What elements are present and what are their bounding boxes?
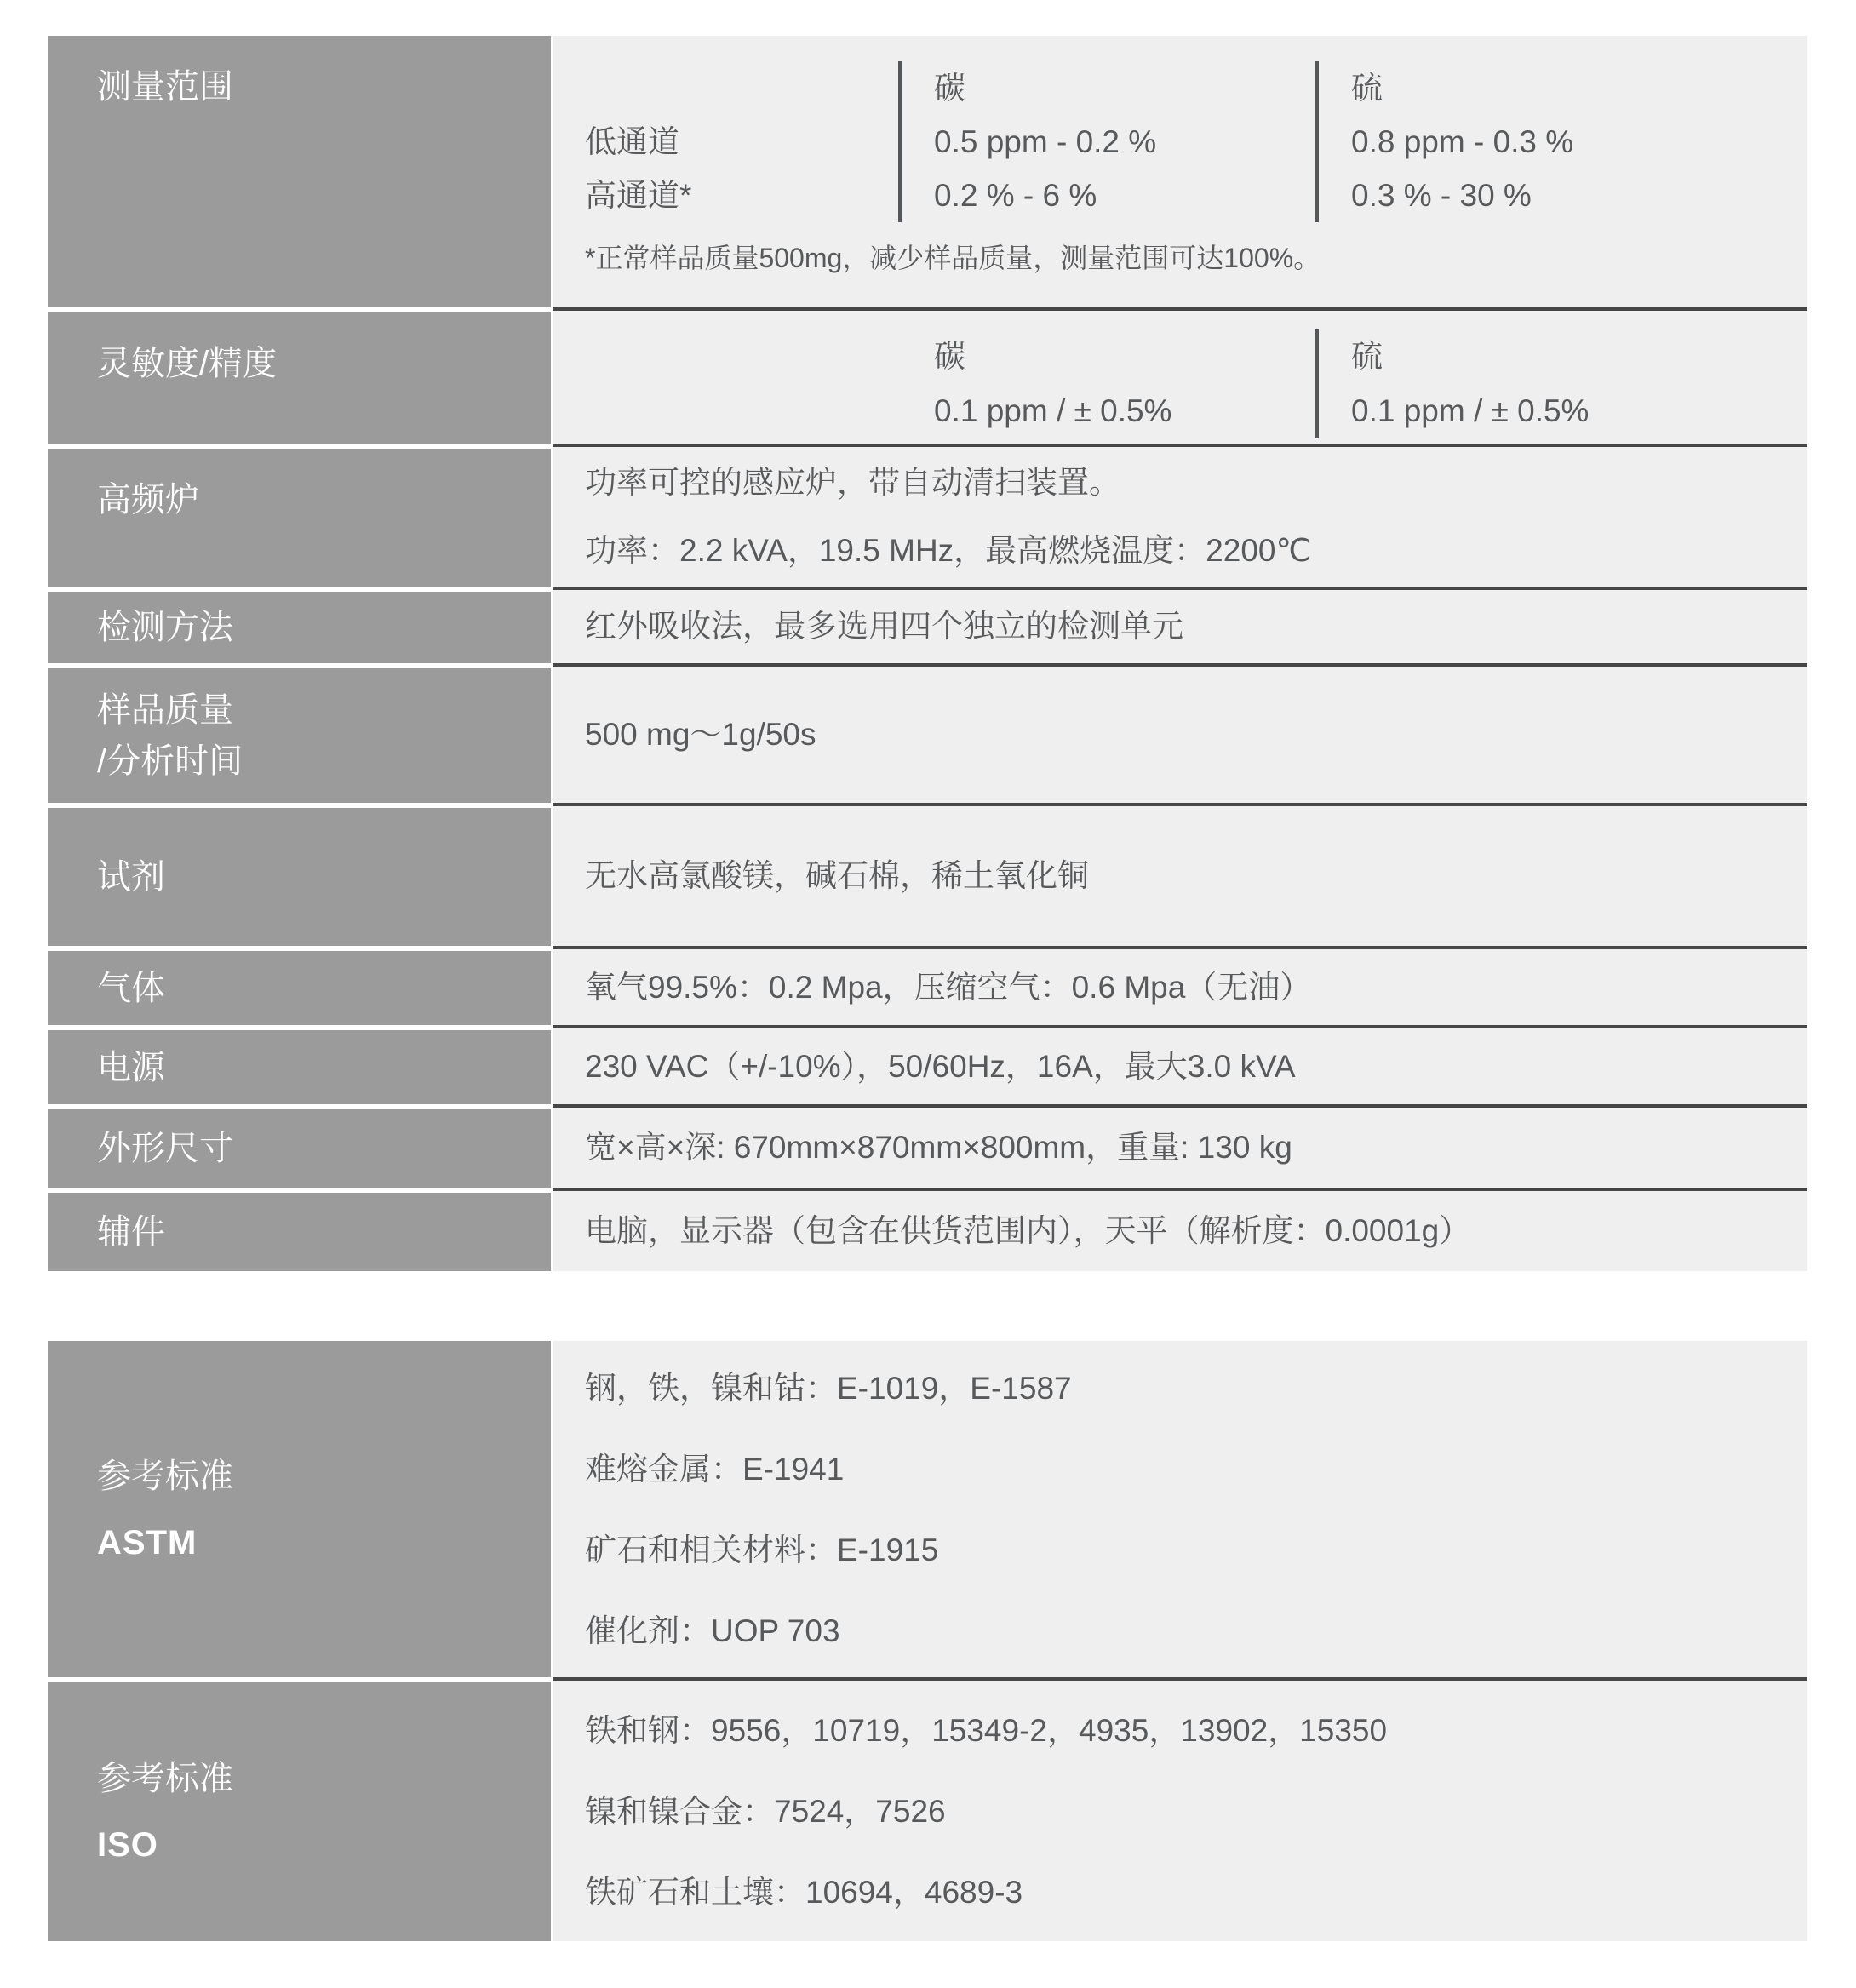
sulfur-sensitivity-value: 0.1 ppm / ± 0.5% (1351, 384, 1807, 438)
spec-table: 测量范围 低通道 高通道* 碳 0.5 ppm - 0.2 % 0.2 % - … (48, 36, 1807, 1271)
power-line: 230 VAC（+/-10%），50/60Hz，16A，最大3.0 kVA (585, 1033, 1807, 1101)
spec-row-furnace: 高频炉 功率可控的感应炉，带自动清扫装置。 功率：2.2 kVA，19.5 MH… (48, 444, 1807, 587)
spec-sheet-page: 测量范围 低通道 高通道* 碳 0.5 ppm - 0.2 % 0.2 % - … (0, 0, 1856, 1988)
row-label-astm: 参考标准 ASTM (48, 1341, 551, 1677)
row-label-text: 辅件 (97, 1206, 551, 1258)
row-label-text: 检测方法 (97, 602, 551, 653)
gases-line: 氧气99.5%：0.2 Mpa，压缩空气：0.6 Mpa（无油） (585, 954, 1807, 1022)
standards-table: 参考标准 ASTM 钢，铁，镍和钴：E-1019，E-1587 难熔金属：E-1… (48, 1341, 1807, 1941)
spec-row-sample-mass: 样品质量 /分析时间 500 mg～1g/50s (48, 663, 1807, 803)
sample-mass-content: 500 mg～1g/50s (553, 663, 1807, 803)
furnace-line-2: 功率：2.2 kVA，19.5 MHz，最高燃烧温度：2200℃ (585, 517, 1807, 585)
reference-standard-label: 参考标准 (97, 1759, 551, 1798)
carbon-column-header: 碳 (934, 61, 1315, 115)
row-label-text: 灵敏度/精度 (97, 345, 277, 382)
spec-row-sensitivity: 灵敏度/精度 碳 0.1 ppm / ± 0.5% 硫 0.1 ppm / ± … (48, 307, 1807, 444)
row-label-text: 气体 (97, 963, 551, 1014)
standards-row-iso: 参考标准 ISO 铁和钢：9556，10719，15349-2，4935，139… (48, 1677, 1807, 1941)
iso-line-1: 铁和钢：9556，10719，15349-2，4935，13902，15350 (585, 1690, 1807, 1771)
row-label-text: 测量范围 (97, 68, 233, 106)
sulfur-high-range: 0.3 % - 30 % (1351, 169, 1807, 222)
sulfur-low-range: 0.8 ppm - 0.3 % (1351, 115, 1807, 169)
row-label-accessories: 辅件 (48, 1188, 551, 1271)
row-label-detection-method: 检测方法 (48, 587, 551, 663)
sulfur-column: 硫 0.8 ppm - 0.3 % 0.3 % - 30 % (1315, 61, 1807, 222)
row-label-text-line1: 样品质量 (97, 685, 551, 736)
sulfur-column-header: 硫 (1351, 329, 1807, 384)
astm-line-2: 难熔金属：E-1941 (585, 1429, 1807, 1510)
spec-row-power: 电源 230 VAC（+/-10%），50/60Hz，16A，最大3.0 kVA (48, 1025, 1807, 1104)
iso-content: 铁和钢：9556，10719，15349-2，4935，13902，15350 … (553, 1677, 1807, 1941)
astm-content: 钢，铁，镍和钴：E-1019，E-1587 难熔金属：E-1941 矿石和相关材… (553, 1341, 1807, 1677)
sample-mass-line: 500 mg～1g/50s (585, 701, 1807, 769)
spec-row-measuring-range: 测量范围 低通道 高通道* 碳 0.5 ppm - 0.2 % 0.2 % - … (48, 36, 1807, 307)
carbon-column: 碳 0.5 ppm - 0.2 % 0.2 % - 6 % (898, 61, 1315, 222)
astm-label: ASTM (97, 1523, 551, 1562)
spec-row-accessories: 辅件 电脑，显示器（包含在供货范围内），天平（解析度：0.0001g） (48, 1188, 1807, 1271)
spec-row-gases: 气体 氧气99.5%：0.2 Mpa，压缩空气：0.6 Mpa（无油） (48, 946, 1807, 1025)
accessories-content: 电脑，显示器（包含在供货范围内），天平（解析度：0.0001g） (553, 1188, 1807, 1271)
sensitivity-content: 碳 0.1 ppm / ± 0.5% 硫 0.1 ppm / ± 0.5% (553, 307, 1807, 444)
row-label-reagents: 试剂 (48, 803, 551, 946)
carbon-column: 碳 0.1 ppm / ± 0.5% (898, 329, 1315, 438)
spec-row-detection-method: 检测方法 红外吸收法，最多选用四个独立的检测单元 (48, 587, 1807, 663)
row-label-text: 高频炉 (97, 481, 199, 518)
gases-content: 氧气99.5%：0.2 Mpa，压缩空气：0.6 Mpa（无油） (553, 946, 1807, 1025)
row-label-measuring-range: 测量范围 (48, 36, 551, 307)
power-content: 230 VAC（+/-10%），50/60Hz，16A，最大3.0 kVA (553, 1025, 1807, 1104)
row-label-power: 电源 (48, 1025, 551, 1104)
furnace-line-1: 功率可控的感应炉，带自动清扫装置。 (585, 449, 1807, 517)
astm-line-1: 钢，铁，镍和钴：E-1019，E-1587 (585, 1348, 1807, 1429)
reagents-line: 无水高氯酸镁，碱石棉，稀土氧化铜 (585, 842, 1807, 910)
measuring-range-content: 低通道 高通道* 碳 0.5 ppm - 0.2 % 0.2 % - 6 % 硫… (553, 36, 1807, 307)
spec-row-dimensions: 外形尺寸 宽×高×深: 670mm×870mm×800mm，重量: 130 kg (48, 1104, 1807, 1188)
row-label-text: 试剂 (97, 851, 551, 902)
spec-row-reagents: 试剂 无水高氯酸镁，碱石棉，稀土氧化铜 (48, 803, 1807, 946)
detection-method-content: 红外吸收法，最多选用四个独立的检测单元 (553, 587, 1807, 663)
astm-line-4: 催化剂：UOP 703 (585, 1590, 1807, 1671)
row-label-iso: 参考标准 ISO (48, 1677, 551, 1941)
row-label-text: 电源 (97, 1042, 551, 1093)
furnace-content: 功率可控的感应炉，带自动清扫装置。 功率：2.2 kVA，19.5 MHz，最高… (553, 444, 1807, 587)
channel-name-column: 低通道 高通道* (553, 61, 898, 222)
dimensions-content: 宽×高×深: 670mm×870mm×800mm，重量: 130 kg (553, 1104, 1807, 1188)
measuring-range-grid: 低通道 高通道* 碳 0.5 ppm - 0.2 % 0.2 % - 6 % 硫… (553, 61, 1807, 222)
accessories-line: 电脑，显示器（包含在供货范围内），天平（解析度：0.0001g） (585, 1197, 1807, 1265)
row-label-furnace: 高频炉 (48, 444, 551, 587)
carbon-low-range: 0.5 ppm - 0.2 % (934, 115, 1315, 169)
channel-high-label: 高通道* (585, 169, 898, 222)
carbon-column-header: 碳 (934, 329, 1315, 384)
channel-low-label: 低通道 (585, 115, 898, 169)
row-label-dimensions: 外形尺寸 (48, 1104, 551, 1188)
iso-line-2: 镍和镍合金：7524，7526 (585, 1771, 1807, 1852)
measuring-range-footnote: *正常样品质量500mg，减少样品质量，测量范围可达100%。 (553, 227, 1807, 289)
carbon-sensitivity-value: 0.1 ppm / ± 0.5% (934, 384, 1315, 438)
iso-line-3: 铁矿石和土壤：10694，4689-3 (585, 1852, 1807, 1933)
reagents-content: 无水高氯酸镁，碱石棉，稀土氧化铜 (553, 803, 1807, 946)
row-label-sample-mass: 样品质量 /分析时间 (48, 663, 551, 803)
carbon-high-range: 0.2 % - 6 % (934, 169, 1315, 222)
detection-method-line: 红外吸收法，最多选用四个独立的检测单元 (585, 593, 1807, 661)
sensitivity-grid: 碳 0.1 ppm / ± 0.5% 硫 0.1 ppm / ± 0.5% (898, 329, 1807, 438)
spacer (585, 61, 898, 115)
sulfur-column-header: 硫 (1351, 61, 1807, 115)
sulfur-column: 硫 0.1 ppm / ± 0.5% (1315, 329, 1807, 438)
dimensions-line: 宽×高×深: 670mm×870mm×800mm，重量: 130 kg (585, 1114, 1807, 1182)
row-label-text: 外形尺寸 (97, 1123, 551, 1174)
reference-standard-label: 参考标准 (97, 1457, 551, 1496)
row-label-text-line2: /分析时间 (97, 736, 551, 787)
row-label-gases: 气体 (48, 946, 551, 1025)
row-label-sensitivity: 灵敏度/精度 (48, 307, 551, 444)
standards-row-astm: 参考标准 ASTM 钢，铁，镍和钴：E-1019，E-1587 难熔金属：E-1… (48, 1341, 1807, 1677)
iso-label: ISO (97, 1825, 551, 1865)
astm-line-3: 矿石和相关材料：E-1915 (585, 1510, 1807, 1590)
